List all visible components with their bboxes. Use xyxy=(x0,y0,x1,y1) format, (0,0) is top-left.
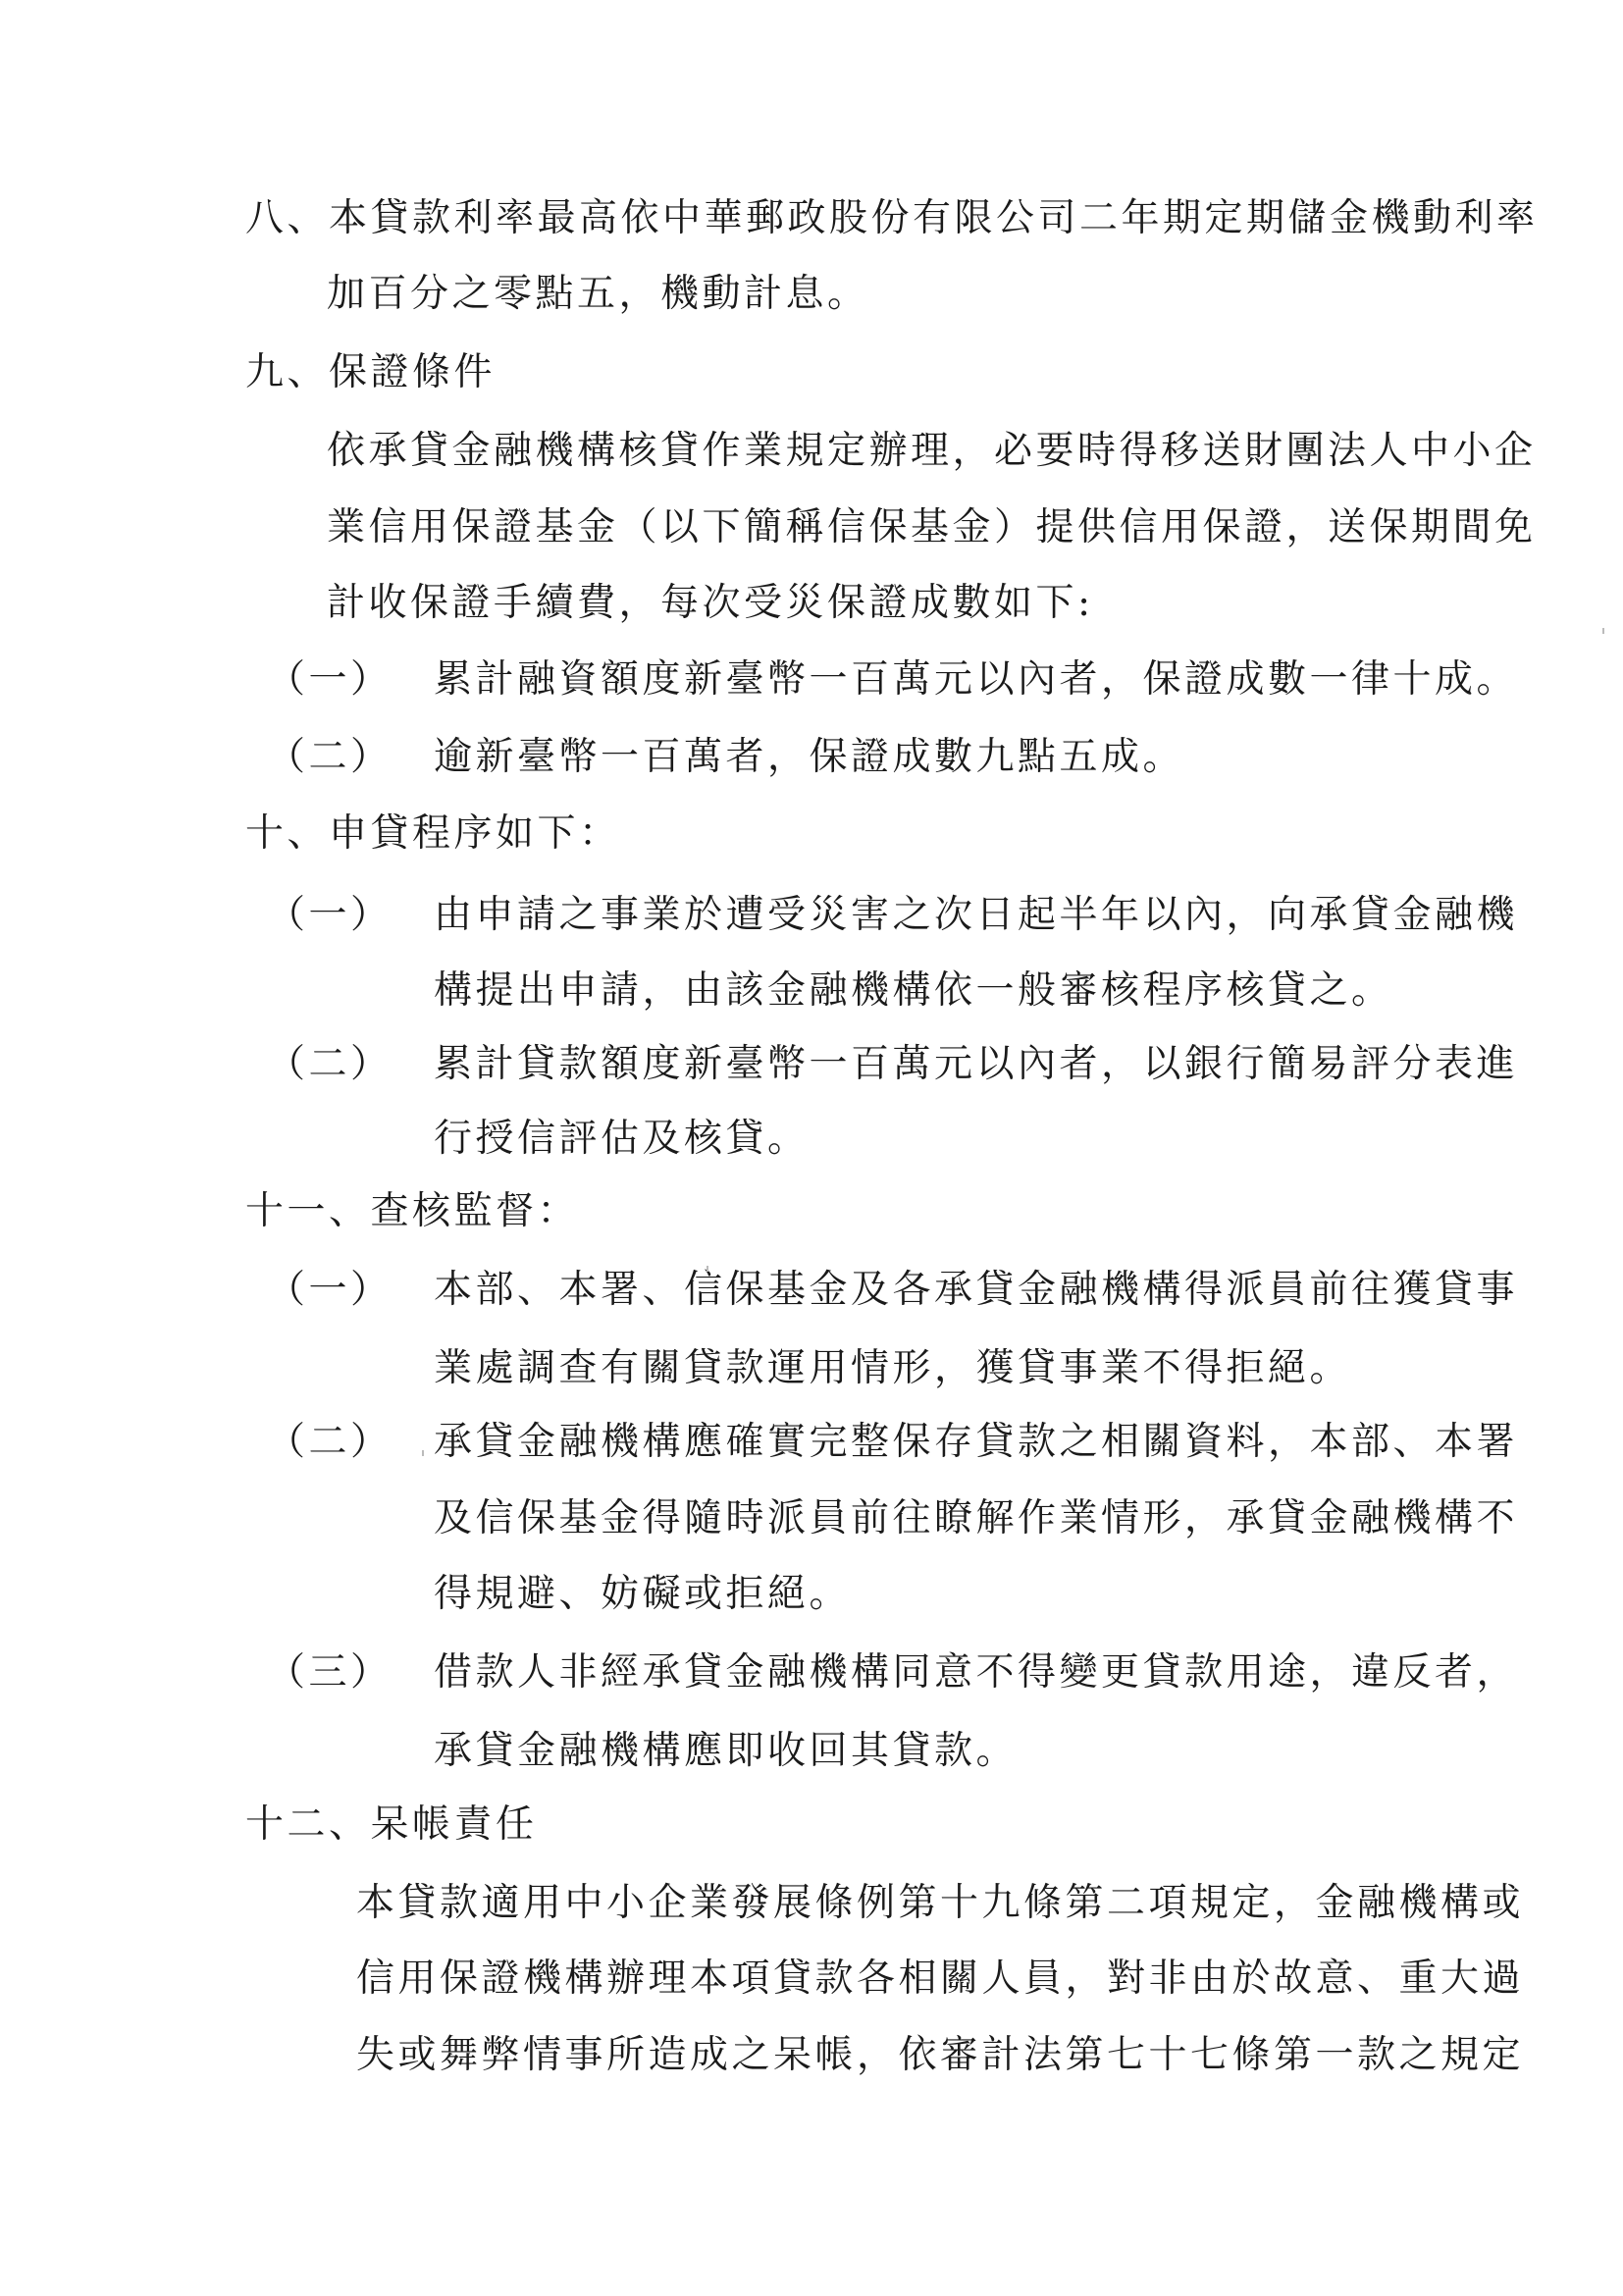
section-10-item-text: 由申請之事業於遭受災害之次日起半年以內，向承貸金融機 xyxy=(434,891,1518,940)
section-9-body-line: 依承貸金融機構核貸作業規定辦理，必要時得移送財團法人中小企 xyxy=(327,427,1537,476)
section-11-heading: 十一、查核監督： xyxy=(245,1187,579,1236)
section-11-item-label: （二） xyxy=(267,1418,393,1467)
section-9-body-line: 業信用保證基金（以下簡稱信保基金）提供信用保證，送保期間免 xyxy=(327,503,1537,552)
section-9-item-text: 逾新臺幣一百萬者，保證成數九點五成。 xyxy=(434,733,1184,782)
section-9-item-label: （二） xyxy=(267,733,393,782)
section-12-body-line: 本貸款適用中小企業發展條例第十九條第二項規定，金融機構或 xyxy=(356,1879,1524,1928)
section-10-item-text: 累計貸款額度新臺幣一百萬元以內者，以銀行簡易評分表進 xyxy=(434,1040,1518,1089)
section-11-item-label: （三） xyxy=(267,1648,393,1697)
section-11-item-text: 業處調查有關貸款運用情形，獲貸事業不得拒絕。 xyxy=(434,1344,1351,1393)
section-10-item-label: （二） xyxy=(267,1040,393,1089)
section-11-item-text: 借款人非經承貸金融機構同意不得變更貸款用途，違反者， xyxy=(434,1648,1518,1697)
section-8-heading: 八、本貸款利率最高依中華郵政股份有限公司二年期定期儲金機動利率 xyxy=(245,194,1539,243)
section-11-item-text: 承貸金融機構應即收回其貸款。 xyxy=(434,1727,1018,1776)
section-12-heading: 十二、呆帳責任 xyxy=(245,1800,538,1850)
section-11-item-text: 本部、本署、信保基金及各承貸金融機構得派員前往獲貸事 xyxy=(434,1266,1518,1315)
section-12-body-line: 失或舞弊情事所造成之呆帳，依審計法第七十七條第一款之規定 xyxy=(356,2031,1524,2080)
section-10-item-text: 構提出申請，由該金融機構依一般審核程序核貸之。 xyxy=(434,966,1393,1016)
section-9-item-text: 累計融資額度新臺幣一百萬元以內者，保證成數一律十成。 xyxy=(434,655,1518,704)
section-8-continuation: 加百分之零點五，機動計息。 xyxy=(327,270,869,319)
section-11-item-text: 承貸金融機構應確實完整保存貸款之相關資料，本部、本署 xyxy=(434,1418,1518,1467)
section-9-heading: 九、保證條件 xyxy=(245,348,496,397)
section-10-heading: 十、申貸程序如下： xyxy=(245,809,621,859)
section-9-item-label: （一） xyxy=(267,655,393,704)
section-10-item-label: （一） xyxy=(267,891,393,940)
section-12-body-line: 信用保證機構辦理本項貸款各相關人員，對非由於故意、重大過 xyxy=(356,1955,1524,2004)
section-11-item-label: （一） xyxy=(267,1266,393,1315)
section-9-body-line: 計收保證手續費，每次受災保證成數如下: xyxy=(327,579,1094,628)
section-11-item-text: 得規避、妨礙或拒絕。 xyxy=(434,1570,851,1619)
section-11-item-text: 及信保基金得隨時派員前往瞭解作業情形，承貸金融機構不 xyxy=(434,1494,1518,1543)
section-10-item-text: 行授信評估及核貸。 xyxy=(434,1115,810,1164)
